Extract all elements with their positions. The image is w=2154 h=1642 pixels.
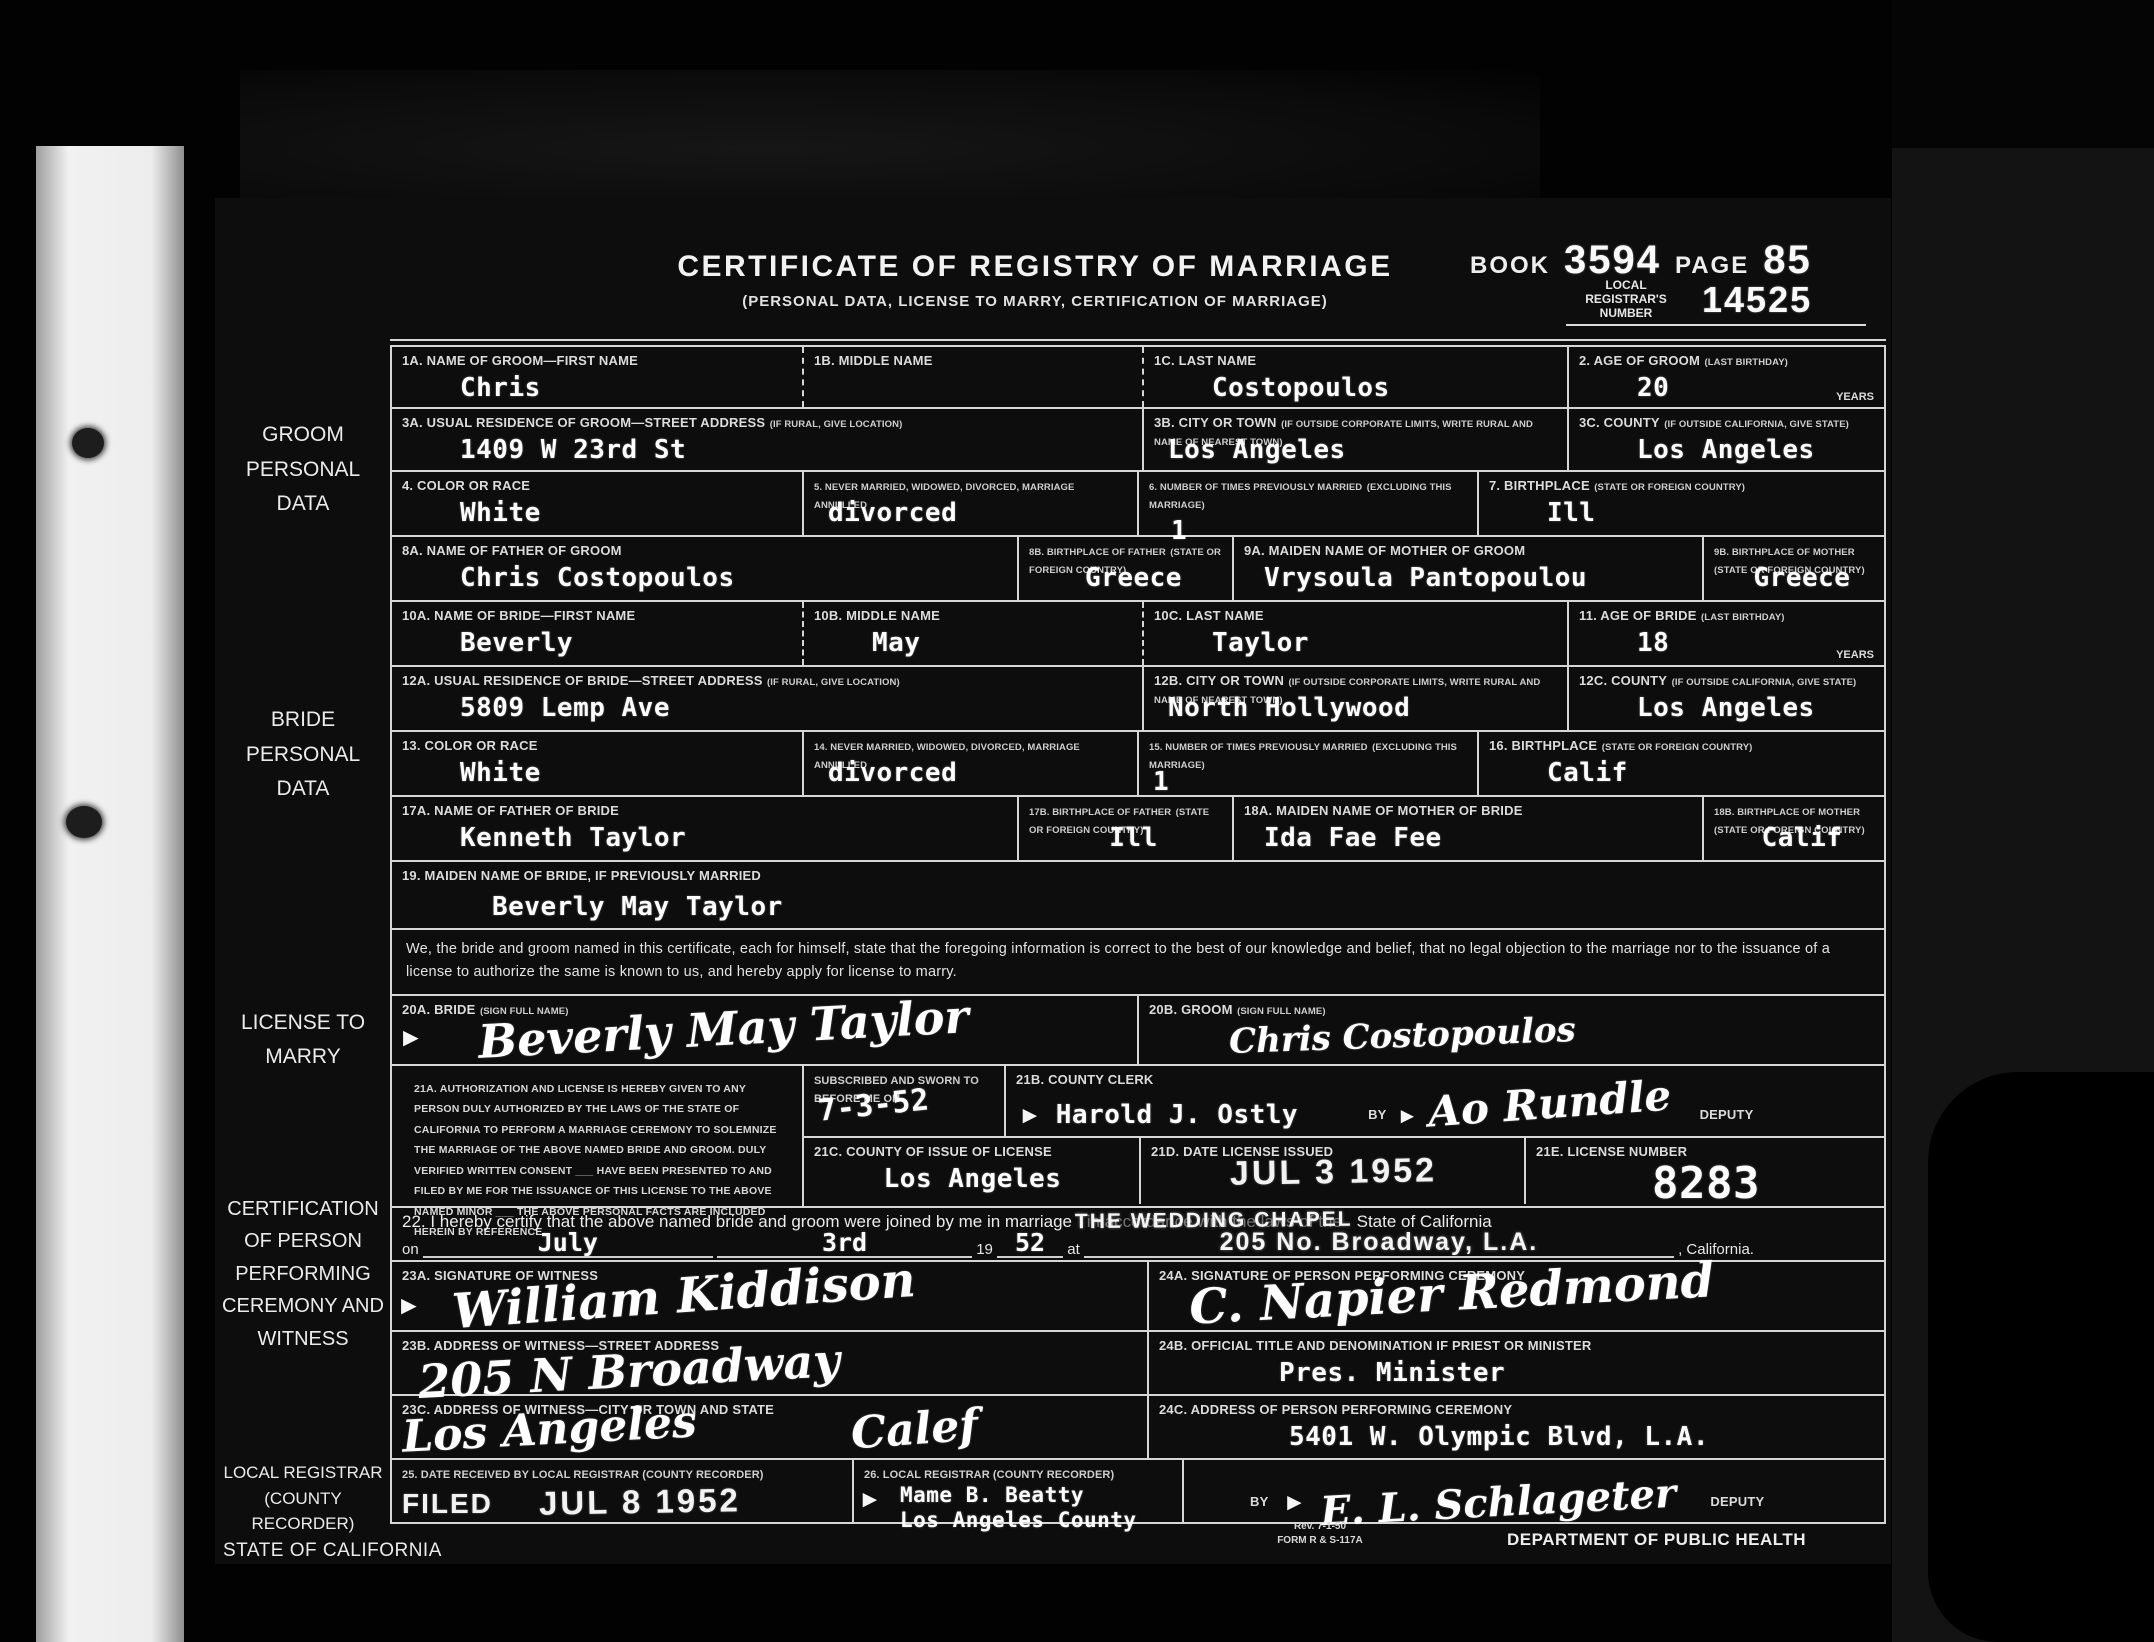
field-16-note: (STATE OR FOREIGN COUNTRY) xyxy=(1602,742,1753,753)
field-12b-value: North Hollywood xyxy=(1168,695,1559,722)
field-8a-value: Chris Costopoulos xyxy=(460,565,1009,592)
field-10c: 10C. LAST NAME Taylor xyxy=(1142,602,1567,665)
county-clerk-name: Harold J. Ostly xyxy=(1056,1102,1298,1129)
deputy-label: DEPUTY xyxy=(1710,1494,1764,1510)
row-license-signatures: 20A. BRIDE (SIGN FULL NAME) ► Beverly Ma… xyxy=(392,996,1884,1066)
field-14: 14. NEVER MARRIED, WIDOWED, DIVORCED, MA… xyxy=(802,732,1137,795)
row-bride-race-marital: 13. COLOR OR RACE White 14. NEVER MARRIE… xyxy=(392,732,1884,797)
field-20b-label: 20B. GROOM xyxy=(1149,1002,1233,1017)
field-7-label: 7. BIRTHPLACE xyxy=(1489,478,1590,493)
field-1c-value: Costopoulos xyxy=(1212,375,1559,402)
place-blank: 205 No. Broadway, L.A. xyxy=(1084,1234,1674,1258)
page-number: 85 xyxy=(1763,238,1812,283)
field-1a-value: Chris xyxy=(460,375,794,402)
film-edge-strip xyxy=(36,146,184,1642)
row-certify: 22. I hereby certify that the above name… xyxy=(392,1208,1884,1262)
field-9a-value: Vrysoula Pantopoulou xyxy=(1264,565,1694,592)
photo-light-patch xyxy=(240,70,1540,200)
field-21b-label: 21B. COUNTY CLERK xyxy=(1016,1072,1154,1087)
field-23a: 23A. SIGNATURE OF WITNESS ► William Kidd… xyxy=(392,1262,1147,1330)
pointer-icon: ► xyxy=(1397,1103,1419,1129)
certify-lead: 22. I hereby certify that the above name… xyxy=(402,1212,1072,1231)
field-11-label: 11. AGE OF BRIDE xyxy=(1579,608,1697,623)
field-17a-label: 17A. NAME OF FATHER OF BRIDE xyxy=(402,803,619,818)
field-8b-label: 8B. BIRTHPLACE OF FATHER xyxy=(1029,547,1166,558)
field-13: 13. COLOR OR RACE White xyxy=(392,732,802,795)
state-of-california-label: STATE OF CALIFORNIA xyxy=(223,1540,503,1562)
field-18b: 18B. BIRTHPLACE OF MOTHER (STATE OR FORE… xyxy=(1702,797,1884,860)
field-10c-value: Taylor xyxy=(1212,630,1559,657)
field-17b: 17B. BIRTHPLACE OF FATHER (STATE OR FORE… xyxy=(1017,797,1232,860)
field-25: 25. DATE RECEIVED BY LOCAL REGISTRAR (CO… xyxy=(392,1460,852,1522)
pointer-icon: ► xyxy=(1282,1489,1306,1517)
form-rev-line: Rev. 7-1-50 xyxy=(1250,1520,1390,1534)
month-value: July xyxy=(538,1228,598,1257)
book-page-line: BOOK 3594 PAGE 85 xyxy=(1470,238,1890,283)
field-1c-label: 1C. LAST NAME xyxy=(1154,353,1256,368)
year-value: 52 xyxy=(1015,1228,1045,1257)
field-3a-label: 3A. USUAL RESIDENCE OF GROOM—STREET ADDR… xyxy=(402,415,765,430)
field-12b-label: 12B. CITY OR TOWN xyxy=(1154,673,1284,688)
field-5: 5. NEVER MARRIED, WIDOWED, DIVORCED, MAR… xyxy=(802,472,1137,535)
field-18a-value: Ida Fae Fee xyxy=(1264,825,1694,852)
field-24b: 24B. OFFICIAL TITLE AND DENOMINATION IF … xyxy=(1147,1332,1884,1394)
field-9a-label: 9A. MAIDEN NAME OF MOTHER OF GROOM xyxy=(1244,543,1525,558)
field-9a: 9A. MAIDEN NAME OF MOTHER OF GROOM Vryso… xyxy=(1232,537,1702,600)
row-bride-maiden-name: 19. MAIDEN NAME OF BRIDE, IF PREVIOUSLY … xyxy=(392,862,1884,930)
field-5-value: divorced xyxy=(828,500,1129,527)
deputy-label: DEPUTY xyxy=(1700,1107,1754,1123)
field-1a: 1A. NAME OF GROOM—FIRST NAME Chris xyxy=(392,347,802,407)
row-groom-name: 1A. NAME OF GROOM—FIRST NAME Chris 1B. M… xyxy=(392,347,1884,409)
sworn-date: 7-3-52 xyxy=(817,1084,931,1127)
field-24b-label: 24B. OFFICIAL TITLE AND DENOMINATION IF … xyxy=(1159,1338,1591,1353)
field-21c-label: 21C. COUNTY OF ISSUE OF LICENSE xyxy=(814,1144,1052,1159)
row-witness-city: 23C. ADDRESS OF WITNESS—CITY OR TOWN AND… xyxy=(392,1396,1884,1460)
field-20a: 20A. BRIDE (SIGN FULL NAME) ► Beverly Ma… xyxy=(392,996,1137,1064)
registrar-number-line: LOCAL REGISTRAR'S NUMBER 14525 xyxy=(1566,279,1866,326)
field-3c-value: Los Angeles xyxy=(1637,437,1876,464)
day-blank: 3rd xyxy=(717,1234,972,1258)
field-16-label: 16. BIRTHPLACE xyxy=(1489,738,1597,753)
by-label: BY xyxy=(1250,1494,1268,1510)
officiant-signature: C. Napier Redmond xyxy=(1188,1252,1716,1335)
field-11-note: (LAST BIRTHDAY) xyxy=(1701,612,1784,623)
day-value: 3rd xyxy=(822,1228,867,1257)
date-received-stamp: JUL 8 1952 xyxy=(539,1481,741,1523)
field-21e-label: 21E. LICENSE NUMBER xyxy=(1536,1144,1687,1159)
field-26: 26. LOCAL REGISTRAR (COUNTY RECORDER) ► … xyxy=(852,1460,1182,1522)
row-affidavit: We, the bride and groom named in this ce… xyxy=(392,930,1884,996)
book-label: BOOK xyxy=(1470,252,1550,280)
form-revision: Rev. 7-1-50 FORM R & S-117A xyxy=(1250,1520,1390,1548)
field-9b-label: 9B. BIRTHPLACE OF MOTHER xyxy=(1714,547,1855,558)
field-13-value: White xyxy=(460,760,794,787)
field-19: 19. MAIDEN NAME OF BRIDE, IF PREVIOUSLY … xyxy=(392,862,1884,928)
bride-signature: Beverly May Taylor xyxy=(477,989,970,1069)
photo-dark-blob xyxy=(1928,1072,2154,1642)
field-4-label: 4. COLOR OR RACE xyxy=(402,478,530,493)
row-groom-residence: 3A. USUAL RESIDENCE OF GROOM—STREET ADDR… xyxy=(392,409,1884,472)
field-12c: 12C. COUNTY (IF OUTSIDE CALIFORNIA, GIVE… xyxy=(1567,667,1884,730)
field-24c: 24C. ADDRESS OF PERSON PERFORMING CEREMO… xyxy=(1147,1396,1884,1458)
field-3a-value: 1409 W 23rd St xyxy=(460,437,1134,464)
field-17b-label: 17B. BIRTHPLACE OF FATHER xyxy=(1029,807,1171,818)
field-11: 11. AGE OF BRIDE (LAST BIRTHDAY) 18 YEAR… xyxy=(1567,602,1884,665)
field-3b: 3B. CITY OR TOWN (IF OUTSIDE CORPORATE L… xyxy=(1142,409,1567,470)
field-20b-note: (SIGN FULL NAME) xyxy=(1237,1006,1326,1017)
field-20b: 20B. GROOM (SIGN FULL NAME) Chris Costop… xyxy=(1137,996,1884,1064)
field-2-note: (LAST BIRTHDAY) xyxy=(1704,357,1787,368)
page-label: PAGE xyxy=(1675,252,1749,280)
field-2-label: 2. AGE OF GROOM xyxy=(1579,353,1700,368)
field-10a: 10A. NAME OF BRIDE—FIRST NAME Beverly xyxy=(392,602,802,665)
row-bride-name: 10A. NAME OF BRIDE—FIRST NAME Beverly 10… xyxy=(392,602,1884,667)
field-19-value: Beverly May Taylor xyxy=(492,894,1876,921)
license-lower-row: 21C. COUNTY OF ISSUE OF LICENSE Los Ange… xyxy=(804,1138,1884,1204)
field-20a-label: 20A. BRIDE xyxy=(402,1002,476,1017)
field-4: 4. COLOR OR RACE White xyxy=(392,472,802,535)
at-label: at xyxy=(1067,1241,1080,1258)
field-3a-note: (IF RURAL, GIVE LOCATION) xyxy=(770,419,903,430)
row-bride-residence: 12A. USUAL RESIDENCE OF BRIDE—STREET ADD… xyxy=(392,667,1884,732)
field-12a-value: 5809 Lemp Ave xyxy=(460,695,1134,722)
field-7: 7. BIRTHPLACE (STATE OR FOREIGN COUNTRY)… xyxy=(1477,472,1884,535)
section-label-license: LICENSE TO MARRY xyxy=(223,1006,383,1073)
witness-city-value: Los Angeles xyxy=(401,1396,698,1462)
section-label-certification: CERTIFICATION OF PERSON PERFORMING CEREM… xyxy=(215,1193,391,1355)
photo-top-right-dark xyxy=(1892,0,2154,148)
section-label-registrar: LOCAL REGISTRAR (COUNTY RECORDER) xyxy=(215,1460,391,1537)
field-3a: 3A. USUAL RESIDENCE OF GROOM—STREET ADDR… xyxy=(392,409,1142,470)
year-blank: 52 xyxy=(997,1234,1063,1258)
field-15: 15. NUMBER OF TIMES PREVIOUSLY MARRIED (… xyxy=(1137,732,1477,795)
pointer-icon: ► xyxy=(1018,1102,1042,1130)
form-number-line: FORM R & S-117A xyxy=(1250,1534,1390,1548)
field-6-label: 6. NUMBER OF TIMES PREVIOUSLY MARRIED xyxy=(1149,482,1362,493)
field-12a-note: (IF RURAL, GIVE LOCATION) xyxy=(767,677,900,688)
field-15-label: 15. NUMBER OF TIMES PREVIOUSLY MARRIED xyxy=(1149,742,1368,753)
field-1c: 1C. LAST NAME Costopoulos xyxy=(1142,347,1567,407)
county-clerk-deputy-signature: Ao Rundle xyxy=(1427,1071,1673,1137)
field-23c: 23C. ADDRESS OF WITNESS—CITY OR TOWN AND… xyxy=(392,1396,1147,1458)
month-blank: July xyxy=(423,1234,713,1258)
field-17a-value: Kenneth Taylor xyxy=(460,825,1009,852)
registrar-number-value: 14525 xyxy=(1702,279,1812,321)
microfilm-photo: CERTIFICATE OF REGISTRY OF MARRIAGE (PER… xyxy=(0,0,2154,1642)
field-12a: 12A. USUAL RESIDENCE OF BRIDE—STREET ADD… xyxy=(392,667,1142,730)
field-1b: 1B. MIDDLE NAME xyxy=(802,347,1142,407)
witness-city-handwriting: Los Angeles Calef xyxy=(402,1404,978,1455)
field-12a-label: 12A. USUAL RESIDENCE OF BRIDE—STREET ADD… xyxy=(402,673,763,688)
field-10a-label: 10A. NAME OF BRIDE—FIRST NAME xyxy=(402,608,635,623)
field-4-value: White xyxy=(460,500,794,527)
field-3b-label: 3B. CITY OR TOWN xyxy=(1154,415,1277,430)
nineteen-label: 19 xyxy=(976,1241,993,1258)
pointer-icon: ► xyxy=(398,1022,424,1053)
field-21b-content: ► Harold J. Ostly BY ► Ao Rundle DEPUTY xyxy=(1016,1091,1876,1140)
sworn-cell: SUBSCRIBED AND SWORN TO BEFORE ME ON 7-3… xyxy=(804,1066,1004,1136)
field-10b: 10B. MIDDLE NAME May xyxy=(802,602,1142,665)
field-8a: 8A. NAME OF FATHER OF GROOM Chris Costop… xyxy=(392,537,1017,600)
field-23b: 23B. ADDRESS OF WITNESS—STREET ADDRESS 2… xyxy=(392,1332,1147,1394)
field-21a: 21A. AUTHORIZATION AND LICENSE IS HEREBY… xyxy=(392,1066,802,1206)
place-stamp: 205 No. Broadway, L.A. xyxy=(1220,1228,1539,1256)
field-1a-label: 1A. NAME OF GROOM—FIRST NAME xyxy=(402,353,638,368)
license-upper-row: SUBSCRIBED AND SWORN TO BEFORE ME ON 7-3… xyxy=(804,1066,1884,1138)
field-8b: 8B. BIRTHPLACE OF FATHER (STATE OR FOREI… xyxy=(1017,537,1232,600)
section-label-bride: BRIDE PERSONAL DATA xyxy=(231,703,375,807)
field-21d: 21D. DATE LICENSE ISSUED JUL 3 1952 xyxy=(1139,1138,1524,1204)
field-12c-label: 12C. COUNTY xyxy=(1579,673,1667,688)
affidavit-text: We, the bride and groom named in this ce… xyxy=(392,930,1884,994)
field-18b-label: 18B. BIRTHPLACE OF MOTHER xyxy=(1714,807,1860,818)
row-witness-street: 23B. ADDRESS OF WITNESS—STREET ADDRESS 2… xyxy=(392,1332,1884,1396)
certificate: CERTIFICATE OF REGISTRY OF MARRIAGE (PER… xyxy=(215,198,1891,1564)
field-16-value: Calif xyxy=(1547,760,1876,787)
field-10b-label: 10B. MIDDLE NAME xyxy=(814,608,940,623)
field-21c: 21C. COUNTY OF ISSUE OF LICENSE Los Ange… xyxy=(804,1138,1139,1204)
field-2-years: YEARS xyxy=(1836,391,1874,403)
field-1b-label: 1B. MIDDLE NAME xyxy=(814,353,933,368)
groom-signature: Chris Costopoulos xyxy=(1228,1010,1576,1062)
row-bride-parents: 17A. NAME OF FATHER OF BRIDE Kenneth Tay… xyxy=(392,797,1884,862)
field-21c-value: Los Angeles xyxy=(814,1166,1131,1193)
field-2: 2. AGE OF GROOM (LAST BIRTHDAY) 20 YEARS xyxy=(1567,347,1884,407)
punch-hole xyxy=(72,428,104,458)
field-10b-value: May xyxy=(872,630,1134,657)
field-3c-label: 3C. COUNTY xyxy=(1579,415,1660,430)
row-local-registrar: 25. DATE RECEIVED BY LOCAL REGISTRAR (CO… xyxy=(392,1460,1884,1522)
field-17a: 17A. NAME OF FATHER OF BRIDE Kenneth Tay… xyxy=(392,797,1017,860)
registrar-name: Mame B. Beatty xyxy=(900,1483,1174,1508)
field-7-value: Ill xyxy=(1547,500,1876,527)
certify-line: 22. I hereby certify that the above name… xyxy=(392,1208,1884,1232)
field-3c: 3C. COUNTY (IF OUTSIDE CALIFORNIA, GIVE … xyxy=(1567,409,1884,470)
field-26-label: 26. LOCAL REGISTRAR (COUNTY RECORDER) xyxy=(864,1469,1114,1481)
field-24a: 24A. SIGNATURE OF PERSON PERFORMING CERE… xyxy=(1147,1262,1884,1330)
registrar-deputy-content: BY ► E. L. Schlageter DEPUTY xyxy=(1250,1479,1876,1526)
field-6: 6. NUMBER OF TIMES PREVIOUSLY MARRIED (E… xyxy=(1137,472,1477,535)
row-witness-signature: 23A. SIGNATURE OF WITNESS ► William Kidd… xyxy=(392,1262,1884,1332)
field-11-years: YEARS xyxy=(1836,649,1874,661)
license-issued-stamp: JUL 3 1952 xyxy=(1151,1150,1517,1195)
field-12b: 12B. CITY OR TOWN (IF OUTSIDE CORPORATE … xyxy=(1142,667,1567,730)
witness-signature: William Kiddison xyxy=(451,1252,918,1340)
field-3b-value: Los Angeles xyxy=(1168,437,1559,464)
row-license-authorization: 21A. AUTHORIZATION AND LICENSE IS HEREBY… xyxy=(392,1066,1884,1208)
registrar-deputy-cell: BY ► E. L. Schlageter DEPUTY xyxy=(1182,1460,1884,1522)
field-15-value: 1 xyxy=(1153,769,1469,796)
field-12c-value: Los Angeles xyxy=(1637,695,1876,722)
book-number: 3594 xyxy=(1564,238,1661,283)
row-groom-parents: 8A. NAME OF FATHER OF GROOM Chris Costop… xyxy=(392,537,1884,602)
field-24b-value: Pres. Minister xyxy=(1279,1360,1876,1387)
certificate-title: CERTIFICATE OF REGISTRY OF MARRIAGE xyxy=(585,250,1485,284)
punch-hole xyxy=(66,806,102,838)
form-grid: 1A. NAME OF GROOM—FIRST NAME Chris 1B. M… xyxy=(390,345,1886,1524)
license-right-block: SUBSCRIBED AND SWORN TO BEFORE ME ON 7-3… xyxy=(802,1066,1884,1206)
pointer-icon: ► xyxy=(396,1290,422,1321)
field-24c-label: 24C. ADDRESS OF PERSON PERFORMING CEREMO… xyxy=(1159,1402,1512,1417)
pointer-icon: ► xyxy=(858,1486,882,1514)
registrar-number-label: LOCAL REGISTRAR'S NUMBER xyxy=(1566,279,1686,320)
field-25-content: FILED JUL 8 1952 xyxy=(402,1483,844,1521)
field-19-label: 19. MAIDEN NAME OF BRIDE, IF PREVIOUSLY … xyxy=(402,868,761,883)
field-12c-note: (IF OUTSIDE CALIFORNIA, GIVE STATE) xyxy=(1672,677,1857,688)
field-3c-note: (IF OUTSIDE CALIFORNIA, GIVE STATE) xyxy=(1664,419,1849,430)
filed-stamp: FILED xyxy=(402,1488,493,1520)
field-10c-label: 10C. LAST NAME xyxy=(1154,608,1264,623)
field-21e-value: 8283 xyxy=(1536,1161,1876,1207)
row-groom-race-marital: 4. COLOR OR RACE White 5. NEVER MARRIED,… xyxy=(392,472,1884,537)
field-24c-value: 5401 W. Olympic Blvd, L.A. xyxy=(1289,1424,1876,1451)
book-page-header: BOOK 3594 PAGE 85 LOCAL REGISTRAR'S NUMB… xyxy=(1470,238,1890,326)
field-13-label: 13. COLOR OR RACE xyxy=(402,738,538,753)
on-label: on xyxy=(402,1241,419,1258)
field-14-value: divorced xyxy=(828,760,1129,787)
field-18a-label: 18A. MAIDEN NAME OF MOTHER OF BRIDE xyxy=(1244,803,1523,818)
by-label: BY xyxy=(1368,1107,1386,1123)
department-label: DEPARTMENT OF PUBLIC HEALTH xyxy=(1507,1530,1806,1550)
witness-state-value: Calef xyxy=(850,1400,980,1460)
field-10a-value: Beverly xyxy=(460,630,794,657)
certificate-subtitle: (PERSONAL DATA, LICENSE TO MARRY, CERTIF… xyxy=(585,293,1485,310)
field-8a-label: 8A. NAME OF FATHER OF GROOM xyxy=(402,543,622,558)
field-25-label: 25. DATE RECEIVED BY LOCAL REGISTRAR (CO… xyxy=(402,1469,764,1481)
field-9b: 9B. BIRTHPLACE OF MOTHER (STATE OR FOREI… xyxy=(1702,537,1884,600)
field-16: 16. BIRTHPLACE (STATE OR FOREIGN COUNTRY… xyxy=(1477,732,1884,795)
field-21e: 21E. LICENSE NUMBER 8283 xyxy=(1524,1138,1884,1204)
field-18a: 18A. MAIDEN NAME OF MOTHER OF BRIDE Ida … xyxy=(1232,797,1702,860)
section-label-groom: GROOM PERSONAL DATA xyxy=(231,418,375,522)
field-21b: 21B. COUNTY CLERK ► Harold J. Ostly BY ►… xyxy=(1004,1066,1884,1136)
field-7-note: (STATE OR FOREIGN COUNTRY) xyxy=(1594,482,1745,493)
registrar-county: Los Angeles County xyxy=(900,1508,1174,1533)
